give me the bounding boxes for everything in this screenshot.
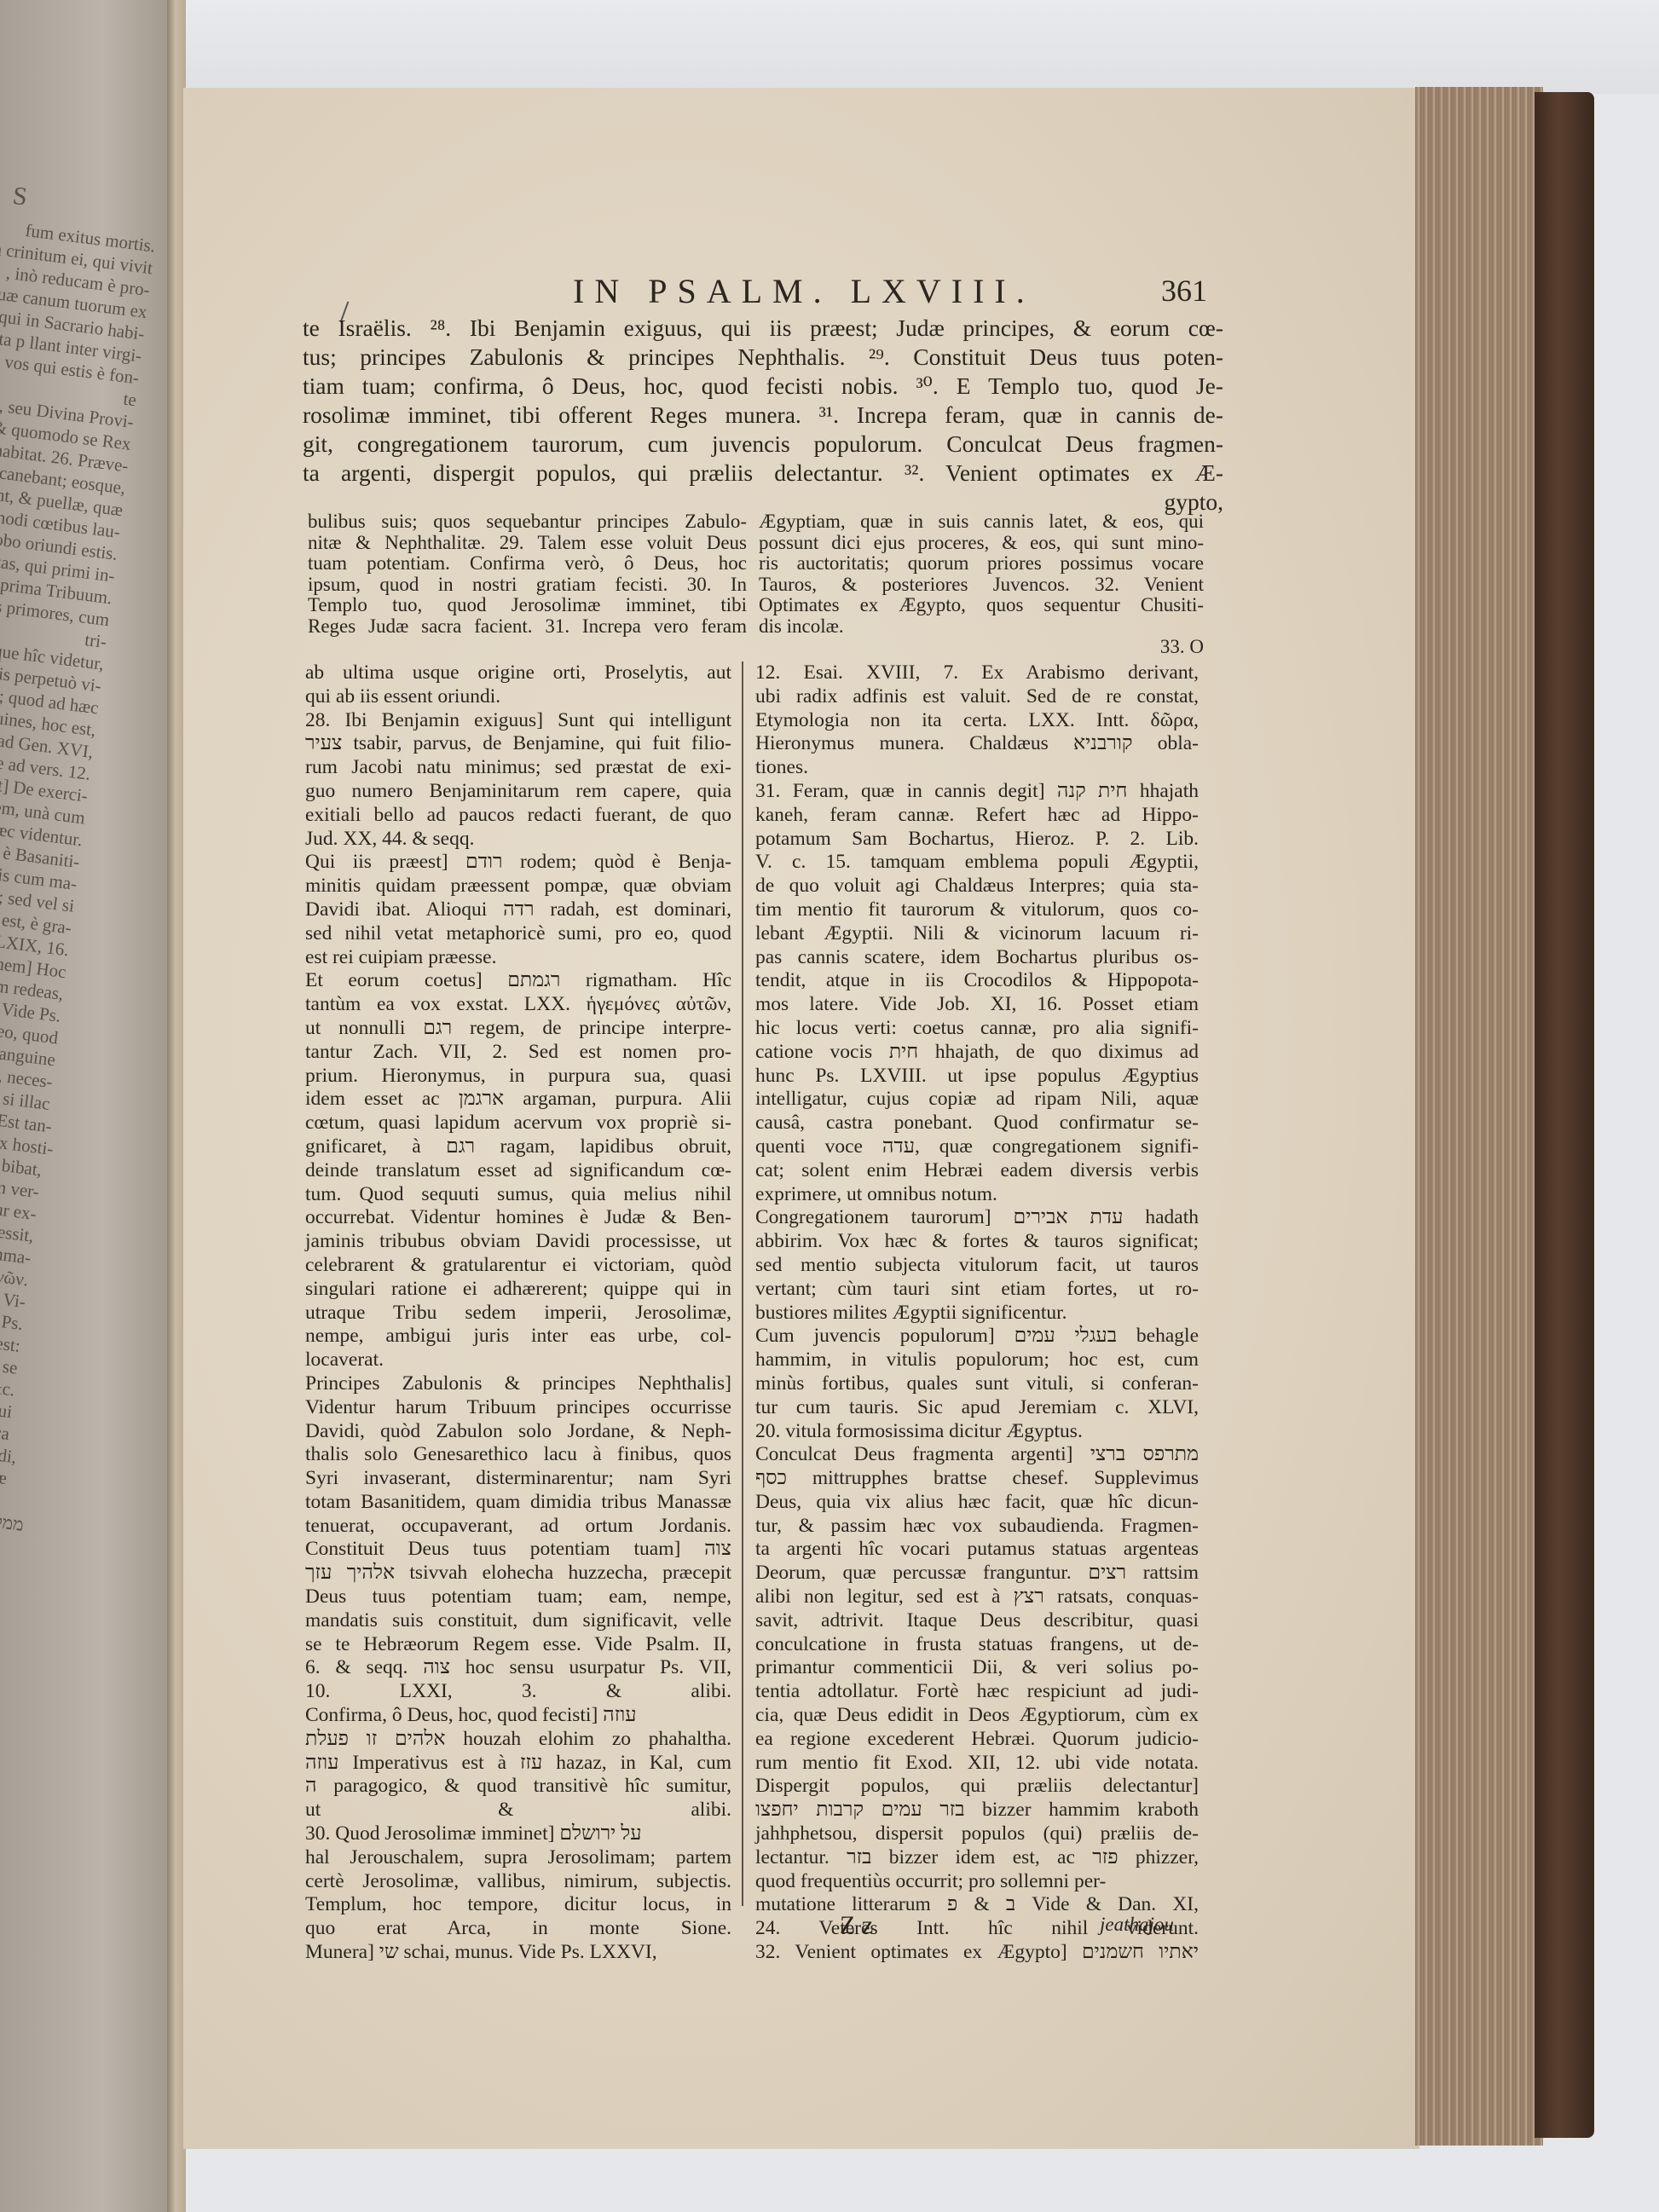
text-line: jaminis tribubus obviam Davidi processis… xyxy=(305,1230,731,1254)
text-line: potamum Sam Bochartus, Hieroz. P. 2. Lib… xyxy=(755,828,1199,852)
text-line: conculcatione in frusta statuas frangens… xyxy=(755,1633,1199,1657)
text-line: exitiali bello ad paucos redacti fuerant… xyxy=(305,804,731,828)
text-line: ה paragogico, & quod transitivè hîc sumi… xyxy=(305,1775,731,1799)
text-line: 31. Feram, quæ in cannis degit] חית קנה … xyxy=(755,780,1199,804)
facing-page-text: U Sfum exitus mortis.n crinitum ei, qui … xyxy=(0,179,160,1621)
text-line: nitæ & Nephthalitæ. 29. Talem esse volui… xyxy=(308,533,747,554)
text-line: locaverat. xyxy=(305,1349,731,1372)
text-line: exprimere, ut omnibus notum. xyxy=(755,1183,1199,1207)
text-line: 10. LXXI, 3. & alibi. xyxy=(305,1680,731,1704)
background xyxy=(0,0,1659,94)
text-line: Jud. XX, 44. & seqq. xyxy=(305,828,731,852)
text-line: 6. & seqq. צוה hoc sensu usurpatur Ps. V… xyxy=(305,1656,731,1680)
text-line: אלהיך עזך tsivvah elohecha huzzecha, præ… xyxy=(305,1562,731,1585)
text-line: cia, quæ Deus edidit in Deos Ægyptiorum,… xyxy=(755,1704,1199,1728)
text-line: catione vocis חית hhajath, de quo diximu… xyxy=(755,1041,1199,1065)
text-line: ut & alibi. xyxy=(305,1799,731,1822)
text-line: Deus, quia vix alius hæc facit, quæ hîc … xyxy=(755,1491,1199,1515)
text-line: tenuerat, occupaverant, ad ortum Jordani… xyxy=(305,1515,731,1539)
leather-cover xyxy=(1535,92,1594,2138)
text-line: Davidi, quòd Zabulon solo Jordane, & Nep… xyxy=(305,1420,731,1444)
text-line: thalis solo Genesarethico lacu à finibus… xyxy=(305,1443,731,1467)
text-line: V. c. 15. tamquam emblema populi Ægyptii… xyxy=(755,851,1199,875)
text-line: Munera] שי schai, munus. Vide Ps. LXXVI, xyxy=(305,1941,731,1965)
text-line: intelligatur, cujus copiæ ad ripam Nili,… xyxy=(755,1088,1199,1112)
text-line: nempe, ambigui juris inter eas urbe, col… xyxy=(305,1325,731,1349)
text-line: tiam tuam; confirma, ô Deus, hoc, quod f… xyxy=(303,372,1223,401)
page-edges xyxy=(1415,87,1543,2146)
text-line: Et eorum coetus] רגמתם rigmatham. Hîc xyxy=(305,969,731,993)
text-line: Etymologia non ita certa. LXX. Intt. δῶρ… xyxy=(755,709,1199,733)
text-line: pas cannis scatere, idem Bochartus pluri… xyxy=(755,946,1199,970)
text-line: 30. Quod Jerosolimæ imminet] על ירושלם xyxy=(305,1822,731,1846)
text-line: rum mentio fit Exod. XII, 12. ubi vide n… xyxy=(755,1752,1199,1776)
text-line: deinde translatum esset ad significandum… xyxy=(305,1159,731,1183)
text-line: Deorum, quæ percussæ franguntur. רצים ra… xyxy=(755,1562,1199,1585)
text-line: minùs fortibus, quales sunt vituli, si c… xyxy=(755,1372,1199,1396)
text-line: Davidi ibat. Alioqui רדה radah, est domi… xyxy=(305,898,731,922)
text-line: ta argenti hîc vocari putamus statuas ar… xyxy=(755,1538,1199,1562)
text-line: עוזה Imperativus est à עזז hazaz, in Kal… xyxy=(305,1752,731,1776)
text-line: lebant Ægyptii. Nili & vicinorum lacuum … xyxy=(755,922,1199,946)
text-line: Dispergit populos, qui præliis delectant… xyxy=(755,1775,1199,1799)
text-line: Qui iis præest] רודם rodem; quòd è Benja… xyxy=(305,851,731,875)
text-line: Templum, hoc tempore, dicitur locus, in xyxy=(305,1893,731,1917)
text-line: alibi non legitur, sed est à רצץ ratsats… xyxy=(755,1585,1199,1609)
text-line: כסף mittrupphes brattse chesef. Supplevi… xyxy=(755,1467,1199,1491)
text-line: rum Jacobi natu minimus; sed præstat de … xyxy=(305,756,731,780)
text-line: vertant; cùm tauri sint etiam fortes, ut… xyxy=(755,1278,1199,1302)
text-line: Optimates ex Ægypto, quos sequentur Chus… xyxy=(759,595,1204,616)
text-line: Congregationem taurorum] עדת אבירים hada… xyxy=(755,1206,1199,1230)
text-line: bustiores milites Ægyptii significentur. xyxy=(755,1302,1199,1325)
text-line: idem esset ac ארגמן argaman, purpura. Al… xyxy=(305,1088,731,1112)
text-line: Principes Zabulonis & principes Nephthal… xyxy=(305,1372,731,1396)
text-line: totam Basanitidem, quam dimidia tribus M… xyxy=(305,1491,731,1515)
text-line: בזר עמים קרבות יחפצו bizzer hammim krabo… xyxy=(755,1799,1199,1822)
text-line: guo numero Benjaminitarum rem capere, qu… xyxy=(305,780,731,804)
signature-mark: Z z xyxy=(840,1911,873,1940)
text-line: hammim, in vitulis populorum; hoc est, c… xyxy=(755,1349,1199,1372)
text-line: se te Hebræorum Regem esse. Vide Psalm. … xyxy=(305,1633,731,1657)
psalm-verse-text: te Israëlis. ²⁸. Ibi Benjamin exiguus, q… xyxy=(303,314,1223,517)
text-line: utraque Tribu sedem imperii, Jerosolimæ, xyxy=(305,1302,731,1325)
text-line: cat; solent enim Hebræi eadem diversis v… xyxy=(755,1159,1199,1183)
text-line: hunc Ps. LXVIII. ut ipse populus Ægyptiu… xyxy=(755,1065,1199,1089)
text-line: te Israëlis. ²⁸. Ibi Benjamin exiguus, q… xyxy=(303,314,1223,343)
text-line: sed nihil vetat metaphoricè sumi, pro eo… xyxy=(305,922,731,946)
text-line: Deus tuus potentiam tuam; eam, nempe, xyxy=(305,1585,731,1609)
text-line: cœtum, quasi lapidum acervum vox propriè… xyxy=(305,1112,731,1135)
text-line: ea regione excederent Hebræi. Quorum jud… xyxy=(755,1728,1199,1752)
text-line: mandatis suis constituit, dum significav… xyxy=(305,1609,731,1633)
text-line: 20. vitula formosissima dicitur Ægyptus. xyxy=(755,1420,1199,1444)
paraphrase-right-column: Ægyptiam, quæ in suis cannis latet, & eo… xyxy=(759,511,1204,658)
commentary-right-column: 12. Esai. XVIII, 7. Ex Arabismo derivant… xyxy=(755,661,1199,1965)
text-line: de quo voluit agi Chaldæus Interpres; qu… xyxy=(755,875,1199,898)
text-line: quenti voce עדה, quæ congregationem sign… xyxy=(755,1135,1199,1159)
text-line: Reges Judæ sacra facient. 31. Increpa ve… xyxy=(308,616,747,638)
text-line: sed mentio subjecta vitulorum facit, ut … xyxy=(755,1254,1199,1278)
text-line: mos latere. Vide Job. XI, 16. Posset eti… xyxy=(755,993,1199,1017)
text-line: Syri invaserant, disterminarentur; nam S… xyxy=(305,1467,731,1491)
text-line: quo erat Arca, in monte Sione. xyxy=(305,1917,731,1941)
text-line: Conculcat Deus fragmenta argenti] מתרפס … xyxy=(755,1443,1199,1467)
text-line: Cum juvencis populorum] בעגלי עמים behag… xyxy=(755,1325,1199,1349)
text-line: primantur commenticii Dii, & veri solius… xyxy=(755,1656,1199,1680)
catchword: jeathajou xyxy=(1100,1914,1174,1936)
text-line: tur, & passim hæc vox subaudienda. Fragm… xyxy=(755,1515,1199,1539)
text-line: tuam potentiam. Confirma verò, ô Deus, h… xyxy=(308,553,747,575)
text-line: lectantur. בזר bizzer idem est, ac פזר p… xyxy=(755,1846,1199,1870)
text-line: Tauros, & posteriores Juvencos. 32. Veni… xyxy=(759,575,1204,596)
text-line: celebrarent & gratularentur ei victoriam… xyxy=(305,1254,731,1278)
text-line: Ægyptiam, quæ in suis cannis latet, & eo… xyxy=(759,511,1204,533)
text-line: tantùm ea vox exstat. LXX. ἡγεμόνες αὐτῶ… xyxy=(305,993,731,1017)
text-line: Hieronymus munera. Chaldæus קורבניא obla… xyxy=(755,732,1199,756)
commentary-left-column: ab ultima usque origine orti, Proselytis… xyxy=(305,661,731,1965)
text-line: ipsum, quod in nostri gratiam fecisti. 3… xyxy=(308,575,747,596)
text-line: Templo tuo, quod Jerosolimæ imminet, tib… xyxy=(308,595,747,616)
text-line: bulibus suis; quos sequebantur principes… xyxy=(308,511,747,533)
text-line: hic locus verti: coetus cannæ, pro alia … xyxy=(755,1017,1199,1041)
paraphrase-left-column: bulibus suis; quos sequebantur principes… xyxy=(308,511,747,637)
text-line: tentia adtollatur. Fortè hæc respiciunt … xyxy=(755,1680,1199,1704)
text-line: 33. O xyxy=(759,637,1204,658)
text-line: Videntur harum Tribuum principes occurri… xyxy=(305,1396,731,1420)
column-rule xyxy=(742,661,743,1906)
text-line: tur cum tauris. Sic apud Jeremiam c. XLV… xyxy=(755,1396,1199,1420)
text-line: gnificaret, à רגם ragam, lapidibus obrui… xyxy=(305,1135,731,1159)
text-line: rosolimæ imminet, tibi offerent Reges mu… xyxy=(303,401,1223,430)
text-line: tendit, atque in iis Crocodilos & Hippop… xyxy=(755,969,1199,993)
text-line: est rei cuipiam præesse. xyxy=(305,946,731,970)
facing-page-left: U Sfum exitus mortis.n crinitum ei, qui … xyxy=(0,0,171,2212)
page-number: 361 xyxy=(1161,273,1207,309)
text-line: ab ultima usque origine orti, Proselytis… xyxy=(305,661,731,685)
text-line: tum. Quod sequuti sumus, quia melius nih… xyxy=(305,1183,731,1207)
text-line: ut nonnulli רגם regem, de principe inter… xyxy=(305,1017,731,1041)
running-head: IN PSALM. LXVIII. xyxy=(573,271,1035,311)
text-line: ta argenti, dispergit populos, qui præli… xyxy=(303,459,1223,488)
text-line: hal Jerouschalem, supra Jerosolimam; par… xyxy=(305,1846,731,1870)
text-line: certè Jerosolimæ, vallibus, nimirum, sub… xyxy=(305,1870,731,1894)
text-line: quod frequentiùs occurrit; pro sollemni … xyxy=(755,1870,1199,1894)
text-line: tiones. xyxy=(755,756,1199,780)
text-line: 28. Ibi Benjamin exiguus] Sunt qui intel… xyxy=(305,709,731,733)
text-line: abbirim. Vox hæc & fortes & tauros signi… xyxy=(755,1230,1199,1254)
text-line: minitis quidam præessent pompæ, quæ obvi… xyxy=(305,875,731,898)
text-line: tus; principes Zabulonis & principes Nep… xyxy=(303,343,1223,372)
text-line: dis incolæ. xyxy=(759,616,1204,638)
text-line: jahhphetsou, dispersit populos (qui) præ… xyxy=(755,1822,1199,1846)
text-line: singulari ratione ei adhærerent; quippe … xyxy=(305,1278,731,1302)
text-line: causâ, castra ponebant. Quod confirmatur… xyxy=(755,1112,1199,1135)
text-line: git, congregationem taurorum, cum juvenc… xyxy=(303,430,1223,459)
text-line: occurrebat. Videntur homines è Judæ & Be… xyxy=(305,1206,731,1230)
text-line: אלהים זו פעלת houzah elohim zo phahaltha… xyxy=(305,1728,731,1752)
text-line: possunt dici ejus proceres, & eos, qui s… xyxy=(759,533,1204,554)
text-line: ris auctoritatis; quorum priores possimu… xyxy=(759,553,1204,575)
text-line: kaneh, feram cannæ. Refert hæc ad Hippo- xyxy=(755,804,1199,828)
text-line: Constituit Deus tuus potentiam tuam] צוה xyxy=(305,1538,731,1562)
text-line: 32. Venient optimates ex Ægypto] יאתיו ח… xyxy=(755,1941,1199,1965)
text-line: prium. Hieronymus, in purpura sua, quasi xyxy=(305,1065,731,1089)
text-line: savit, adtrivit. Itaque Deus describitur… xyxy=(755,1609,1199,1633)
text-line: 12. Esai. XVIII, 7. Ex Arabismo derivant… xyxy=(755,661,1199,685)
text-line: tim mentio fit taurorum & vitulorum, quo… xyxy=(755,898,1199,922)
text-line: tantur Zach. VII, 2. Sed est nomen pro- xyxy=(305,1041,731,1065)
text-line: Confirma, ô Deus, hoc, quod fecisti] עוז… xyxy=(305,1704,731,1728)
text-line: qui ab iis essent oriundi. xyxy=(305,685,731,709)
text-line: צעיר tsabir, parvus, de Benjamine, qui f… xyxy=(305,732,731,756)
text-line: ubi radix adfinis est valuit. Sed de re … xyxy=(755,685,1199,709)
